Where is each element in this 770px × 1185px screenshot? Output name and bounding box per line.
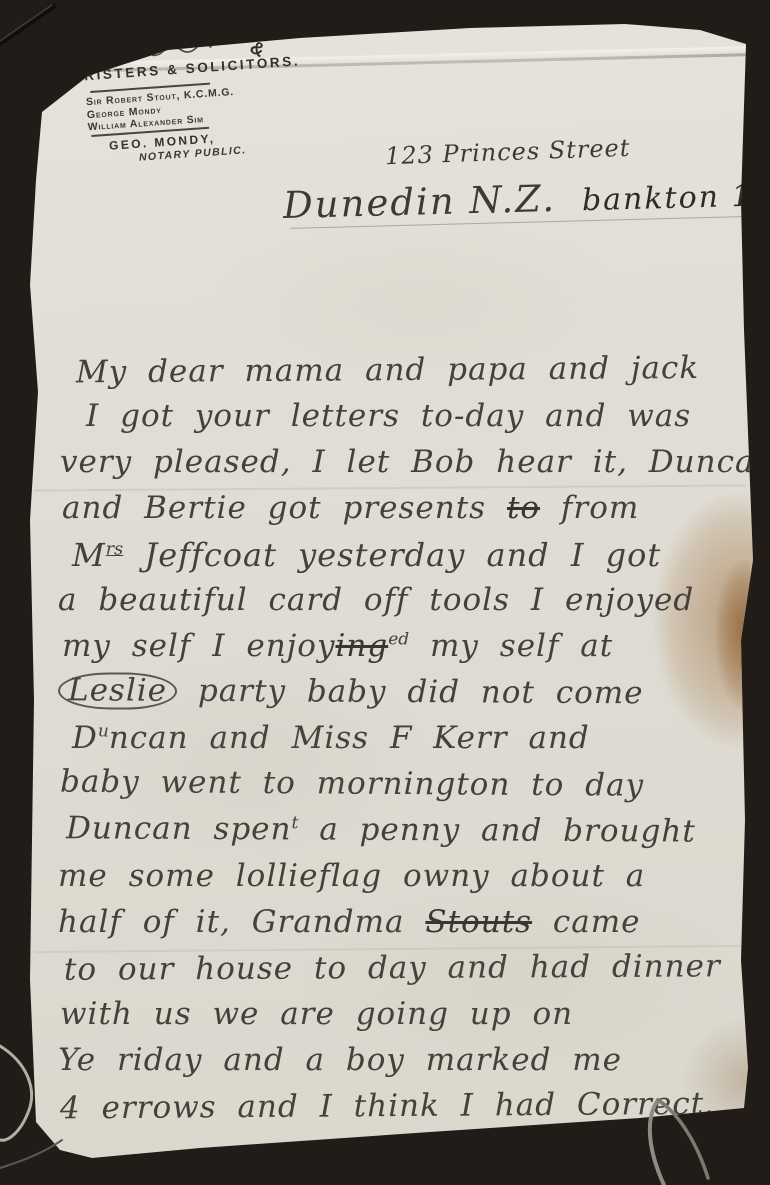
struck-word: Stouts: [425, 904, 532, 940]
letter-line: I got your letters to-day and was: [86, 398, 748, 444]
letter-line: my self I enjoyinged my self at: [62, 628, 748, 674]
letter-line: Duncan spent a penny and brought: [66, 810, 748, 860]
photo-background: STOUT, MONDY & SIM, BARRISTERS & SOLICIT…: [0, 0, 770, 1185]
letter-text: my self I enjoy: [62, 628, 335, 664]
letter-text: M: [72, 536, 106, 574]
letter-line: very pleased, I let Bob hear it, Duncan: [60, 444, 748, 490]
letter-line: Duncan and Miss F Kerr and: [72, 720, 748, 766]
superscript: rs: [106, 539, 123, 559]
letter-text: from: [540, 490, 639, 526]
letter-paper: STOUT, MONDY & SIM, BARRISTERS & SOLICIT…: [0, 0, 770, 1185]
handwritten-date: bankton 1891: [582, 177, 770, 218]
letter-text: party baby did not come: [177, 673, 644, 711]
letter-line: baby went to mornington to day: [60, 764, 748, 815]
struck-word: to: [507, 490, 540, 526]
letter-text: Duncan spen: [66, 810, 292, 847]
letterhead: STOUT, MONDY & SIM, BARRISTERS & SOLICIT…: [0, 0, 338, 194]
letter-text: a penny and brought: [298, 811, 696, 849]
struck-word: ing: [335, 628, 388, 664]
letter-line: Leslie party baby did not come: [64, 672, 748, 722]
circled-word: Leslie: [58, 672, 177, 709]
letter-line: half of it, Grandma Stouts came: [58, 904, 748, 950]
letter-text: came: [532, 904, 640, 940]
wire-icon: [0, 5, 54, 44]
letter-text: half of it, Grandma: [58, 904, 425, 940]
letter-line: a beautiful card off tools I enjoyed: [58, 582, 748, 628]
letter-line: My dear mama and papa and jack: [76, 350, 748, 401]
letter-text: D: [72, 720, 98, 756]
letter-line: Mrs Jeffcoat yesterday and I got: [72, 536, 748, 582]
letter-text: ncan and Miss F Kerr and: [109, 720, 590, 756]
letter-line: 4 errows and I think I had Correct.: [60, 1086, 748, 1137]
letter-line: to our house to day and had dinner: [64, 948, 748, 998]
letter-body: My dear mama and papa and jack I got you…: [58, 352, 748, 1134]
letter-text: Jeffcoat yesterday and I got: [123, 536, 661, 574]
letter-text: and Bertie got presents: [62, 490, 507, 526]
partner-list: Sir Robert Stout, K.C.M.G. George Mondy …: [86, 86, 236, 134]
letter-line: me some lollieflag owny about a: [58, 858, 748, 904]
superscript-correction: u: [98, 722, 109, 742]
street-address: 123 Princes Street: [385, 134, 631, 171]
letter-text: my self at: [409, 628, 613, 664]
letter-line: with us we are going up on: [60, 996, 748, 1042]
letter-line: and Bertie got presents to from: [62, 490, 748, 536]
city-name: Dunedin N.Z.: [283, 177, 557, 227]
letter-line: Ye riday and a boy marked me: [58, 1042, 748, 1088]
superscript-correction: ed: [388, 630, 409, 650]
